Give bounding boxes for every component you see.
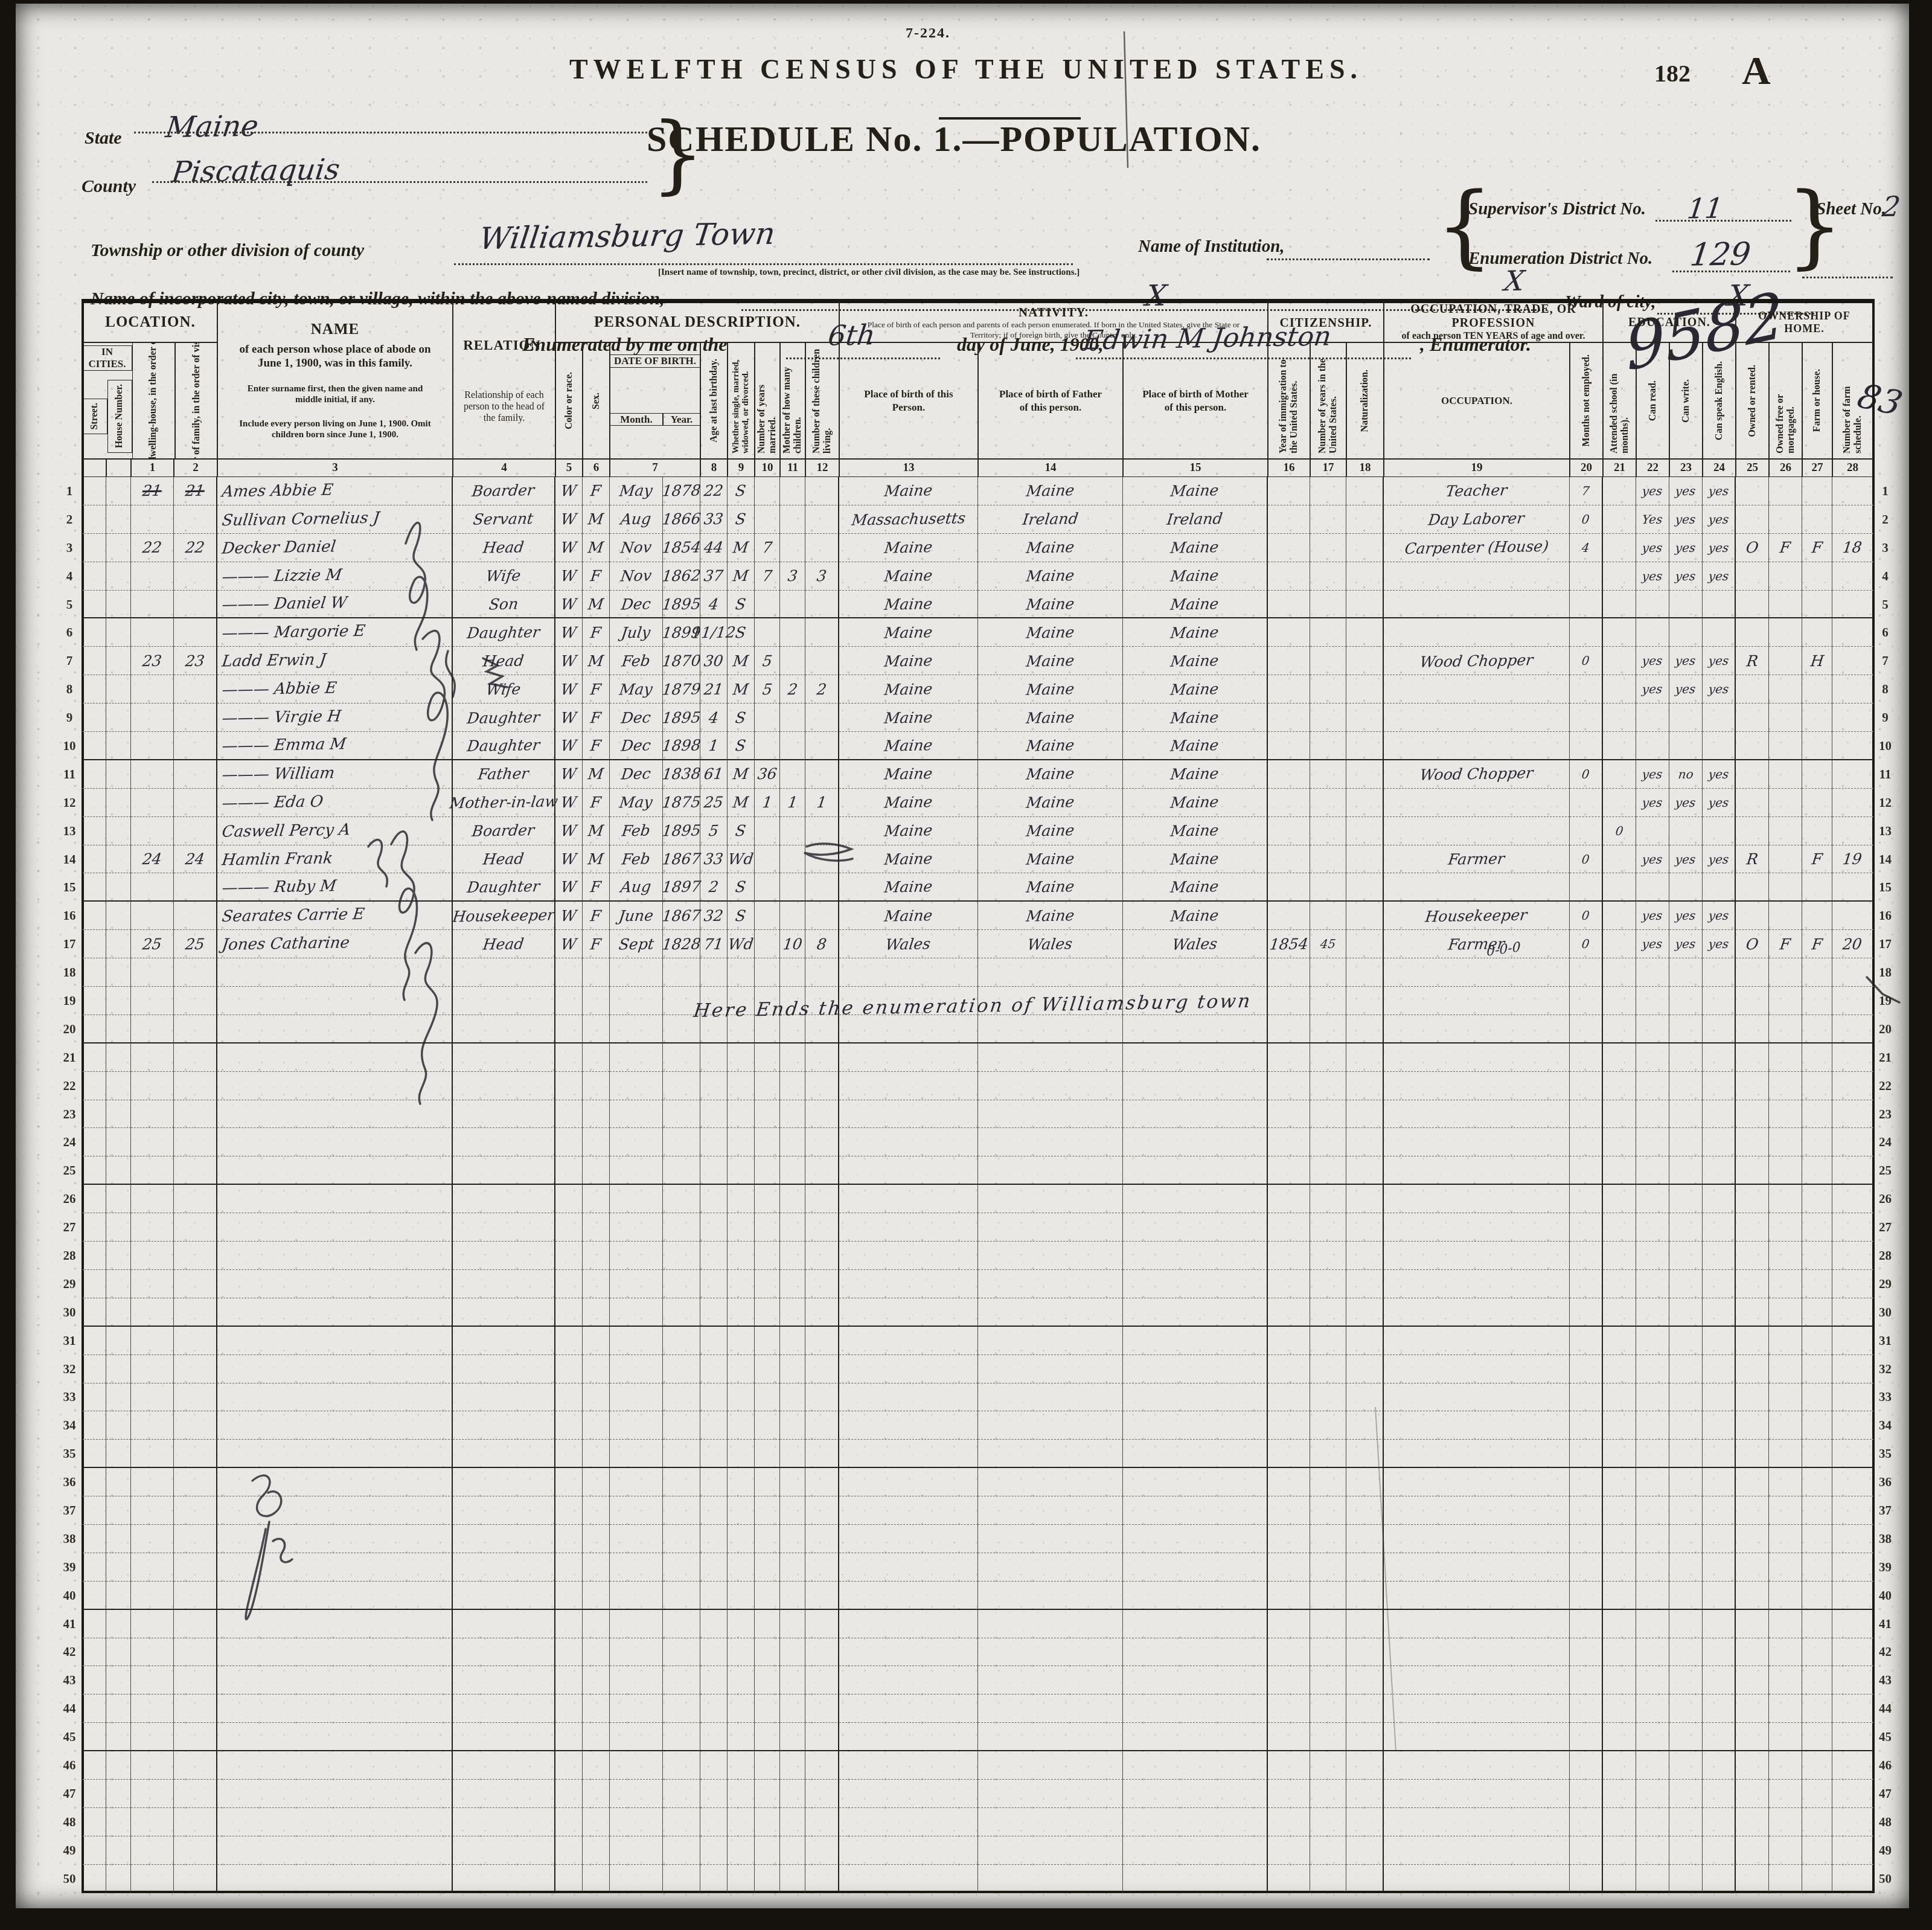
ink-scribbles xyxy=(0,0,1932,1930)
census-scan-page: { "form": { "code": "7-224.", "title": "… xyxy=(0,0,1932,1930)
